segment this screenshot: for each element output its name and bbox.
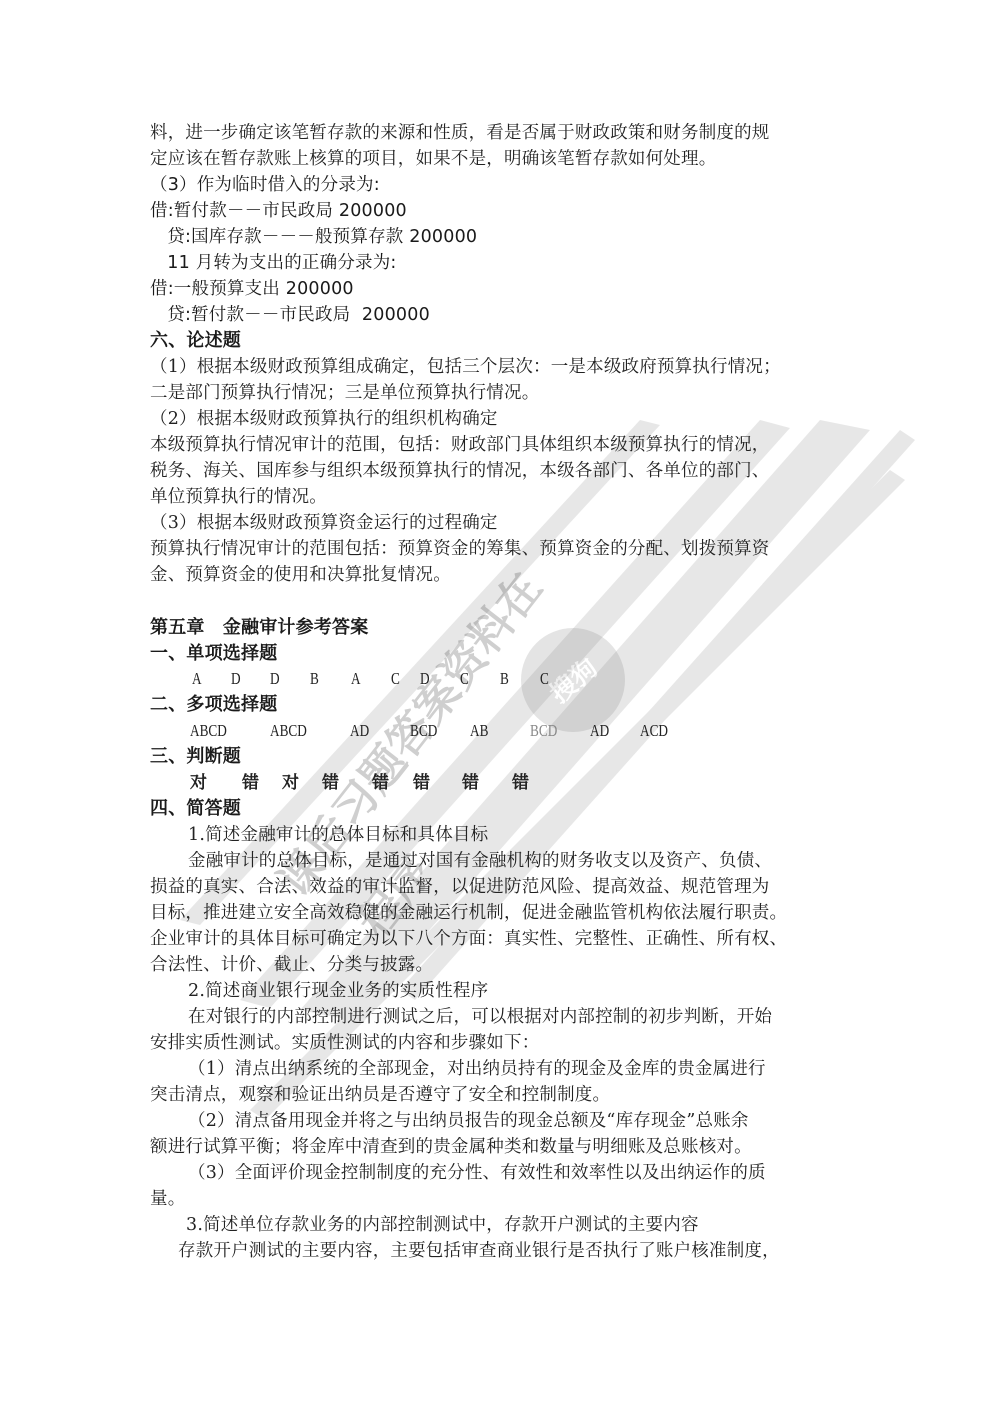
paragraph-line: 突击清点，观察和验证出纳员是否遵守了安全和控制制度。: [150, 1082, 610, 1108]
paragraph-line: 企业审计的具体目标可确定为以下八个方面：真实性、完整性、正确性、所有权、: [150, 926, 787, 952]
answer: C: [540, 666, 549, 692]
watermark: 课后习题答案资料在 程序 搜狗: [0, 0, 993, 1404]
question-title: 1.简述金融审计的总体目标和具体目标: [188, 822, 488, 848]
question-title: 3.简述单位存款业务的内部控制测试中，存款开户测试的主要内容: [186, 1212, 699, 1238]
paragraph-line: 料，进一步确定该笔暂存款的来源和性质，看是否属于财政政策和财务制度的规: [150, 120, 770, 146]
answer: A: [351, 666, 361, 692]
journal-entry-debit: 借:一般预算支出 200000: [150, 276, 354, 302]
answer: C: [460, 666, 469, 692]
paragraph-line: （1）根据本级财政预算组成确定，包括三个层次：一是本级政府预算执行情况；: [150, 354, 781, 380]
paragraph-line: 二是部门预算执行情况；三是单位预算执行情况。: [150, 380, 539, 406]
paragraph-line: 定应该在暂存款账上核算的项目，如果不是，明确该笔暂存款如何处理。: [150, 146, 716, 172]
paragraph-line: 安排实质性测试。实质性测试的内容和步骤如下：: [150, 1030, 539, 1056]
paragraph-line: （2）清点备用现金并将之与出纳员报告的现金总额及“库存现金”总账余: [188, 1108, 749, 1134]
paragraph-line: （3）全面评价现金控制制度的充分性、有效性和效率性以及出纳运作的质: [188, 1160, 766, 1186]
answer: D: [231, 666, 241, 692]
answer: BCD: [410, 718, 437, 744]
answer: 错: [242, 770, 259, 796]
answer: C: [391, 666, 400, 692]
answer: 错: [413, 770, 430, 796]
section-heading: 四、简答题: [150, 796, 241, 822]
journal-entry-credit: 贷:国库存款－－－般预算存款 200000: [150, 224, 477, 250]
paragraph-line: 额进行试算平衡；将金库中清查到的贵金属种类和数量与明细账及总账核对。: [150, 1134, 752, 1160]
answer: AB: [470, 718, 488, 744]
section-heading: 三、判断题: [150, 744, 241, 770]
answer: D: [270, 666, 280, 692]
section-heading: 二、多项选择题: [150, 692, 277, 718]
answer: B: [500, 666, 509, 692]
document-page: 课后习题答案资料在 程序 搜狗 料，进一步确定该笔暂存款的来源和性质，看是否属于…: [0, 0, 993, 1404]
entry-heading: 11 月转为支出的正确分录为:: [150, 250, 397, 276]
answer: D: [420, 666, 430, 692]
journal-entry-credit: 贷:暂付款－－市民政局 200000: [150, 302, 430, 328]
paragraph-line: 金融审计的总体目标，是通过对国有金融机构的财务收支以及资产、负债、: [188, 848, 772, 874]
paragraph-line: 本级预算执行情况审计的范围，包括：财政部门具体组织本级预算执行的情况，: [150, 432, 770, 458]
answer: 错: [372, 770, 389, 796]
paragraph-line: 金、预算资金的使用和决算批复情况。: [150, 562, 451, 588]
paragraph-line: 税务、海关、国库参与组织本级预算执行的情况，本级各部门、各单位的部门、: [150, 458, 770, 484]
chapter-title: 第五章 金融审计参考答案: [150, 615, 368, 641]
entry-heading: （3）作为临时借入的分录为:: [150, 172, 380, 198]
answer: 错: [512, 770, 529, 796]
paragraph-line: 在对银行的内部控制进行测试之后，可以根据对内部控制的初步判断，开始: [188, 1004, 772, 1030]
paragraph-line: （1）清点出纳系统的全部现金，对出纳员持有的现金及金库的贵金属进行: [188, 1056, 766, 1082]
answer: AD: [350, 718, 369, 744]
answer: 对: [282, 770, 299, 796]
answer: 错: [462, 770, 479, 796]
answer: 错: [322, 770, 339, 796]
answer: ABCD: [270, 718, 307, 744]
paragraph-line: 合法性、计价、截止、分类与披露。: [150, 952, 433, 978]
paragraph-line: 单位预算执行的情况。: [150, 484, 327, 510]
journal-entry-debit: 借:暂付款－－市民政局 200000: [150, 198, 407, 224]
answer: AD: [590, 718, 609, 744]
answer: A: [192, 666, 202, 692]
answer: B: [310, 666, 319, 692]
paragraph-line: （2）根据本级财政预算执行的组织机构确定: [150, 406, 498, 432]
question-title: 2.简述商业银行现金业务的实质性程序: [188, 978, 488, 1004]
answer: ACD: [640, 718, 668, 744]
section-heading: 六、论述题: [150, 328, 241, 354]
paragraph-line: 量。: [150, 1186, 185, 1212]
section-heading: 一、单项选择题: [150, 641, 277, 667]
paragraph-line: 目标，推进建立安全高效稳健的金融运行机制，促进金融监管机构依法履行职责。: [150, 900, 787, 926]
answer: 对: [190, 770, 207, 796]
paragraph-line: （3）根据本级财政预算资金运行的过程确定: [150, 510, 498, 536]
paragraph-line: 存款开户测试的主要内容，主要包括审查商业银行是否执行了账户核准制度，: [178, 1238, 780, 1264]
paragraph-line: 预算执行情况审计的范围包括：预算资金的筹集、预算资金的分配、划拨预算资: [150, 536, 770, 562]
paragraph-line: 损益的真实、合法、效益的审计监督，以促进防范风险、提高效益、规范管理为: [150, 874, 770, 900]
answer: BCD: [530, 718, 557, 744]
svg-text:搜狗: 搜狗: [545, 653, 604, 709]
answer: ABCD: [190, 718, 227, 744]
